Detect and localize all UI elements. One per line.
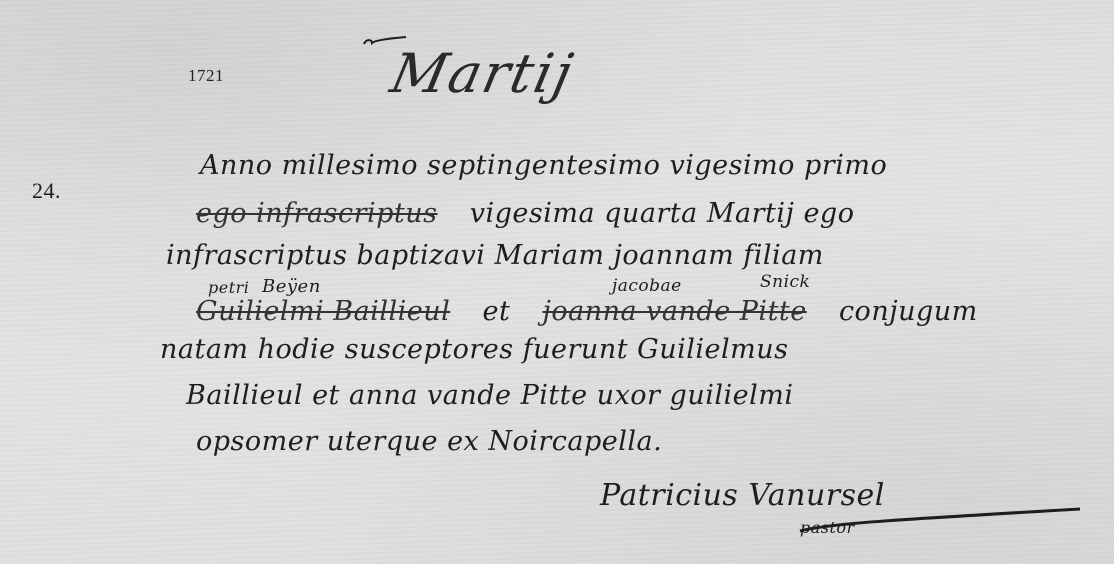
conjunction: et — [482, 296, 510, 327]
line-text: infrascriptus baptizavi Mariam joannam f… — [166, 240, 824, 271]
entry-line-5: natam hodie susceptores fuerunt Guilielm… — [160, 334, 788, 365]
entry-line-7: opsomer uterque ex Noircapella. — [196, 426, 662, 457]
entry-number: 24. — [32, 178, 61, 204]
struck-text: ego infrascriptus — [196, 198, 438, 229]
month-heading: Martij — [385, 42, 579, 105]
inserted-word-beyen: Beÿen — [262, 276, 321, 297]
entry-line-3: infrascriptus baptizavi Mariam joannam f… — [166, 240, 824, 271]
inserted-word-jacobae: jacobae — [612, 276, 682, 296]
entry-line-2: ego infrascriptus vigesima quarta Martij… — [196, 198, 854, 229]
inserted-word-petri: petri — [208, 278, 249, 297]
struck-mother-name: joanna vande Pitte — [543, 296, 807, 327]
entry-line-6: Baillieul et anna vande Pitte uxor guili… — [186, 380, 793, 411]
line-text: conjugum — [839, 296, 978, 327]
line-text: Anno millesimo septingentesimo vigesimo … — [200, 150, 887, 181]
entry-line-1: Anno millesimo septingentesimo vigesimo … — [200, 150, 887, 181]
line-text: vigesima quarta Martij ego — [470, 198, 855, 229]
struck-father-name: Guilielmi Baillieul — [196, 296, 450, 327]
register-page: 1721 Martij 24. Anno millesimo septingen… — [0, 0, 1114, 564]
inserted-word-snick: Snick — [760, 272, 810, 292]
pastor-title: pastor — [800, 518, 855, 537]
line-text: opsomer uterque ex Noircapella. — [196, 426, 662, 457]
line-text: Baillieul et anna vande Pitte uxor guili… — [186, 380, 793, 411]
line-text: natam hodie susceptores fuerunt Guilielm… — [160, 334, 788, 365]
year-marker: 1721 — [188, 66, 224, 86]
entry-line-4: Guilielmi Baillieul et joanna vande Pitt… — [196, 296, 978, 327]
